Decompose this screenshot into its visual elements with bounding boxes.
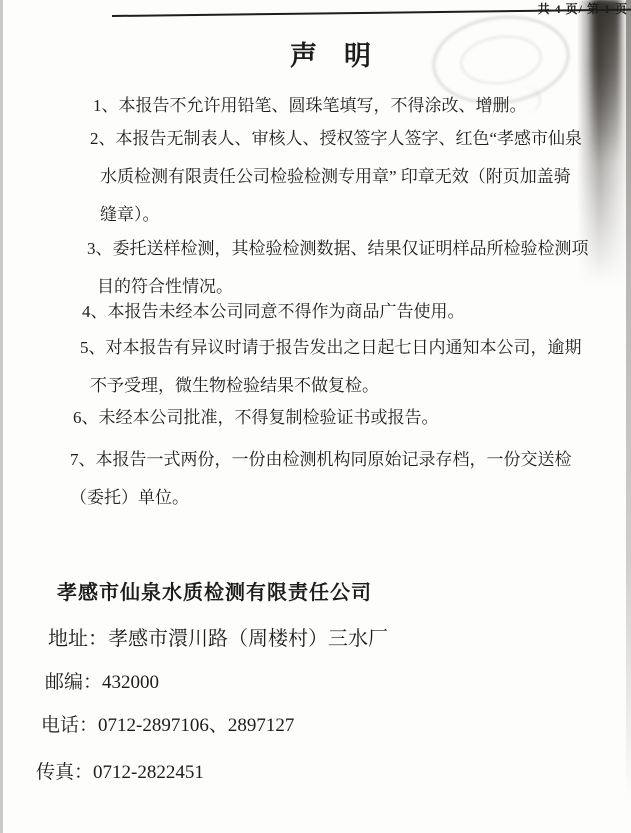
statement-item-7: 7、本报告一式两份，一份由检测机构同原始记录存档，一份交送检 （委托）单位。 bbox=[70, 441, 595, 517]
fax-line: 传真：0712-2822451 bbox=[36, 757, 204, 784]
scan-edge-left bbox=[0, 0, 3, 833]
statement-item-4: 4、本报告未经本公司同意不得作为商品广告使用。 bbox=[82, 293, 617, 331]
document-title: 声 明 bbox=[290, 40, 371, 72]
phone-line: 电话：0712-2897106、2897127 bbox=[41, 710, 294, 737]
address-line: 地址：孝感市澴川路（周楼村）三水厂 bbox=[48, 622, 388, 651]
statement-item-2: 2、本报告无制表人、审核人、授权签字人签字、红色“孝感市仙泉 水质检测有限责任公… bbox=[90, 120, 625, 234]
scanned-declaration-page: 共 4 页/ 第 1 页 声 明 1、本报告不允许用铅笔、圆珠笔填写，不得涂改、… bbox=[0, 0, 631, 833]
postcode-line: 邮编：432000 bbox=[45, 667, 159, 694]
company-name: 孝感市仙泉水质检测有限责任公司 bbox=[57, 576, 372, 605]
statement-item-6: 6、未经本公司批准，不得复制检验证书或报告。 bbox=[73, 399, 608, 437]
statement-item-5: 5、对本报告有异议时请于报告发出之日起七日内通知本公司，逾期 不予受理，微生物检… bbox=[80, 329, 615, 405]
